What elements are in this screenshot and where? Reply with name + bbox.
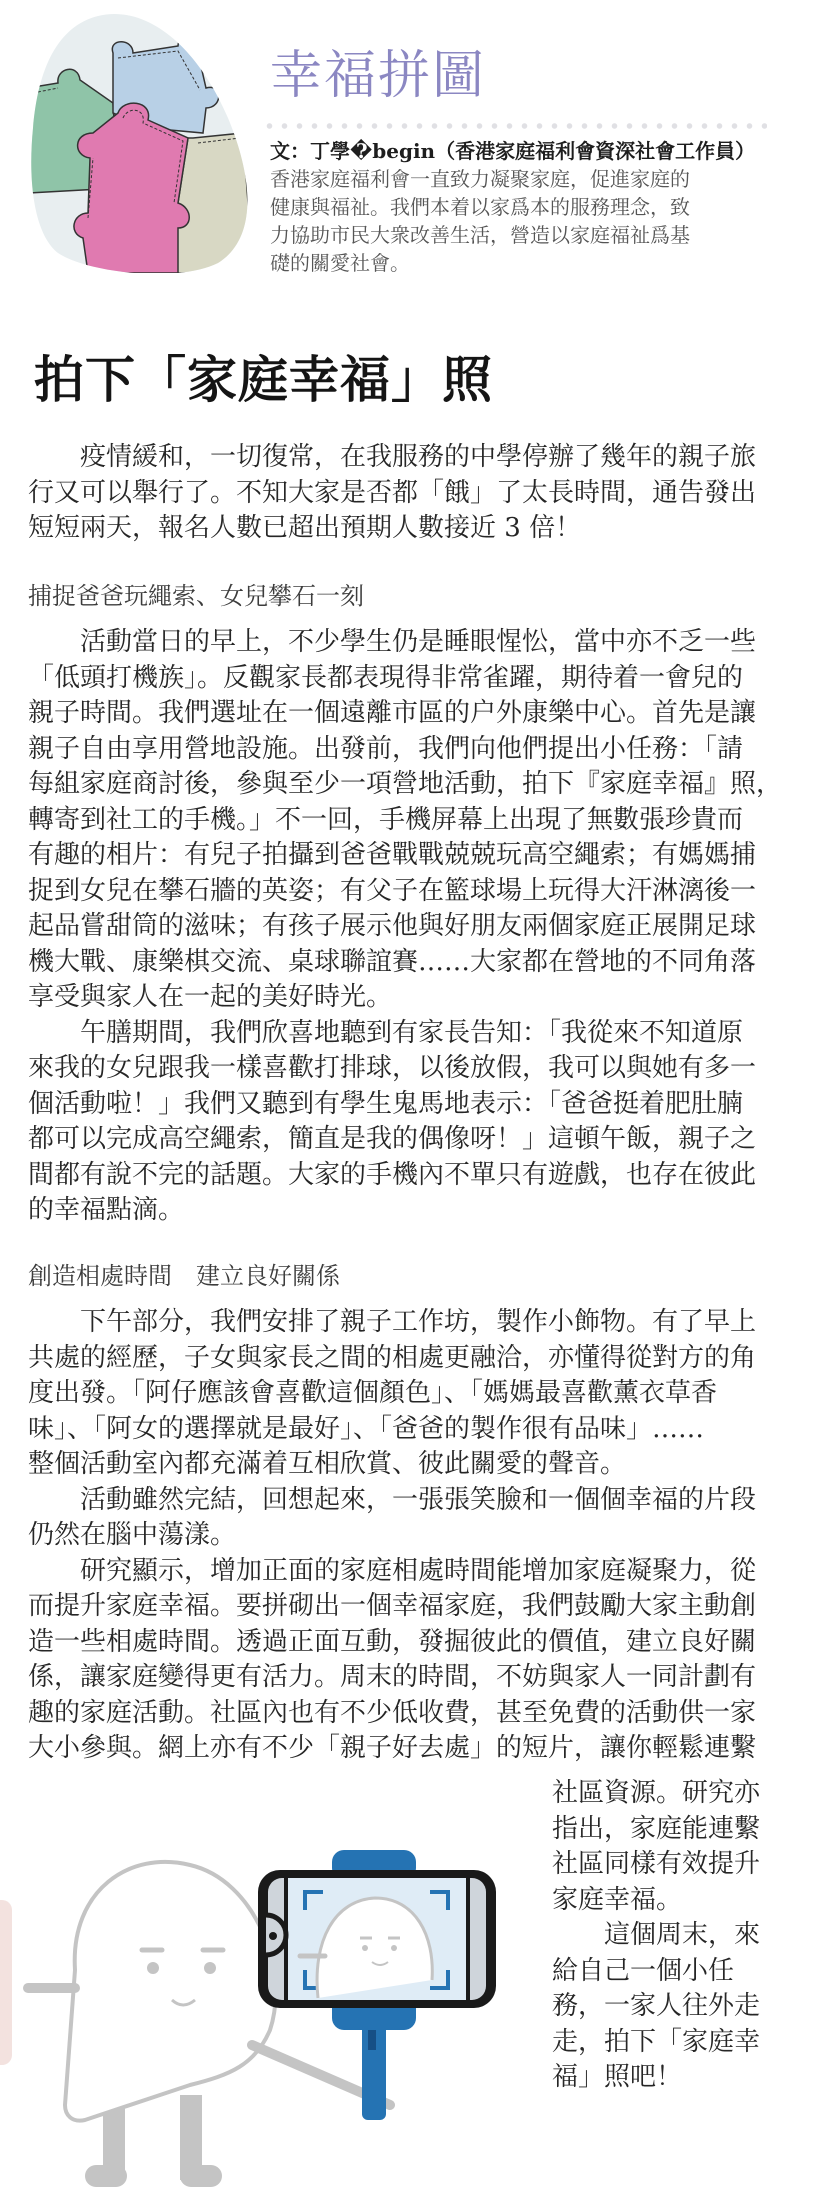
text-line: 味」、「阿女的選擇就是最好」、「爸爸的製作很有品味」……: [28, 1412, 773, 1448]
text-line: 活動當日的早上，不少學生仍是睡眼惺忪，當中亦不乏一些: [28, 625, 773, 661]
article-headline: 拍下「家庭幸福」照: [34, 345, 493, 415]
text-line: 的幸福點滴。: [28, 1193, 773, 1229]
text-line: 這個周末，來: [552, 1918, 767, 1954]
text-line: 疫情緩和，一切復常，在我服務的中學停辦了幾年的親子旅: [28, 440, 773, 476]
text-line: 趣的家庭活動。社區內也有不少低收費，甚至免費的活動供一家: [28, 1696, 773, 1732]
text-line: 有趣的相片：有兒子拍攝到爸爸戰戰兢兢玩高空繩索；有媽媽捕: [28, 838, 773, 874]
text-line: 來我的女兒跟我一樣喜歡打排球，以後放假，我可以與她有多一: [28, 1051, 773, 1087]
column-intro: 香港家庭福利會一直致力凝聚家庭，促進家庭的 健康與福祉。我們本着以家爲本的服務理…: [270, 165, 770, 277]
paragraph-intro: 疫情緩和，一切復常，在我服務的中學停辦了幾年的親子旅 行又可以舉行了。不知大家是…: [28, 440, 773, 547]
text-line: 而提升家庭幸福。要拼砌出一個幸福家庭，我們鼓勵大家主動創: [28, 1589, 773, 1625]
selfie-character-icon: [0, 1830, 520, 2200]
intro-line: 香港家庭福利會一直致力凝聚家庭，促進家庭的: [270, 165, 770, 193]
text-line: 捉到女兒在攀石牆的英姿；有父子在籃球場上玩得大汗淋漓後一: [28, 874, 773, 910]
column-title: 幸福拼圖: [270, 44, 486, 108]
text-line: 務，一家人往外走: [552, 1989, 767, 2025]
text-line: 親子自由享用營地設施。出發前，我們向他們提出小任務：「請: [28, 732, 773, 768]
subheading-2: 創造相處時間 建立良好關係: [28, 1260, 340, 1292]
text-line: 家庭幸福。: [552, 1883, 767, 1919]
intro-line: 礎的關愛社會。: [270, 249, 770, 277]
text-line: 間都有說不完的話題。大家的手機內不單只有遊戲，也存在彼此: [28, 1158, 773, 1194]
puzzle-pieces-icon: [28, 8, 253, 273]
author-byline: 文：丁學�begin（香港家庭福利會資深社會工作員）: [270, 137, 755, 165]
dotted-divider: [262, 122, 767, 130]
text-line: 走，拍下「家庭幸: [552, 2025, 767, 2061]
text-line: 起品嘗甜筒的滋味；有孩子展示他與好朋友兩個家庭正展開足球: [28, 909, 773, 945]
intro-line: 健康與福祉。我們本着以家爲本的服務理念，致: [270, 193, 770, 221]
text-line: 度出發。「阿仔應該會喜歡這個顏色」、「媽媽最喜歡薰衣草香: [28, 1376, 773, 1412]
text-line: 社區資源。研究亦: [552, 1776, 767, 1812]
text-line: 行又可以舉行了。不知大家是否都「餓」了太長時間，通告發出: [28, 476, 773, 512]
text-line: 下午部分，我們安排了親子工作坊，製作小飾物。有了早上: [28, 1305, 773, 1341]
text-line: 福」照吧！: [552, 2060, 767, 2096]
text-line: 研究顯示，增加正面的家庭相處時間能增加家庭凝聚力，從: [28, 1554, 773, 1590]
text-line: 短短兩天，報名人數已超出預期人數接近 3 倍！: [28, 511, 773, 547]
text-line: 活動雖然完結，回想起來，一張張笑臉和一個個幸福的片段: [28, 1483, 773, 1519]
subheading-1: 捕捉爸爸玩繩索、女兒攀石一刻: [28, 580, 364, 612]
closing-column: 社區資源。研究亦 指出，家庭能連繫 社區同樣有效提升 家庭幸福。 這個周末，來 …: [552, 1776, 767, 2096]
text-line: 親子時間。我們選址在一個遠離市區的户外康樂中心。首先是讓: [28, 696, 773, 732]
section-2: 下午部分，我們安排了親子工作坊，製作小飾物。有了早上 共處的經歷，子女與家長之間…: [28, 1305, 773, 1767]
text-line: 仍然在腦中蕩漾。: [28, 1518, 773, 1554]
text-line: 機大戰、康樂棋交流、桌球聯誼賽……大家都在營地的不同角落: [28, 945, 773, 981]
text-line: 午膳期間，我們欣喜地聽到有家長告知：「我從來不知道原: [28, 1016, 773, 1052]
text-line: 整個活動室內都充滿着互相欣賞、彼此關愛的聲音。: [28, 1447, 773, 1483]
text-line: 指出，家庭能連繫: [552, 1812, 767, 1848]
section-1: 活動當日的早上，不少學生仍是睡眼惺忪，當中亦不乏一些 「低頭打機族」。反觀家長都…: [28, 625, 773, 1229]
text-line: 享受與家人在一起的美好時光。: [28, 980, 773, 1016]
text-line: 大小參與。網上亦有不少「親子好去處」的短片，讓你輕鬆連繫: [28, 1731, 773, 1767]
text-line: 造一些相處時間。透過正面互動，發掘彼此的價值，建立良好關: [28, 1625, 773, 1661]
text-line: 每組家庭商討後，參與至少一項營地活動，拍下『家庭幸福』照，: [28, 767, 773, 803]
text-line: 共處的經歷，子女與家長之間的相處更融洽，亦懂得從對方的角: [28, 1341, 773, 1377]
text-line: 給自己一個小任: [552, 1954, 767, 1990]
text-line: 個活動啦！」我們又聽到有學生鬼馬地表示：「爸爸挺着肥肚腩: [28, 1087, 773, 1123]
text-line: 「低頭打機族」。反觀家長都表現得非常雀躍，期待着一會兒的: [28, 661, 773, 697]
text-line: 係，讓家庭變得更有活力。周末的時間，不妨與家人一同計劃有: [28, 1660, 773, 1696]
intro-line: 力協助市民大衆改善生活，營造以家庭福祉爲基: [270, 221, 770, 249]
text-line: 轉寄到社工的手機。」不一回，手機屏幕上出現了無數張珍貴而: [28, 803, 773, 839]
text-line: 都可以完成高空繩索，簡直是我的偶像呀！」這頓午飯，親子之: [28, 1122, 773, 1158]
text-line: 社區同樣有效提升: [552, 1847, 767, 1883]
